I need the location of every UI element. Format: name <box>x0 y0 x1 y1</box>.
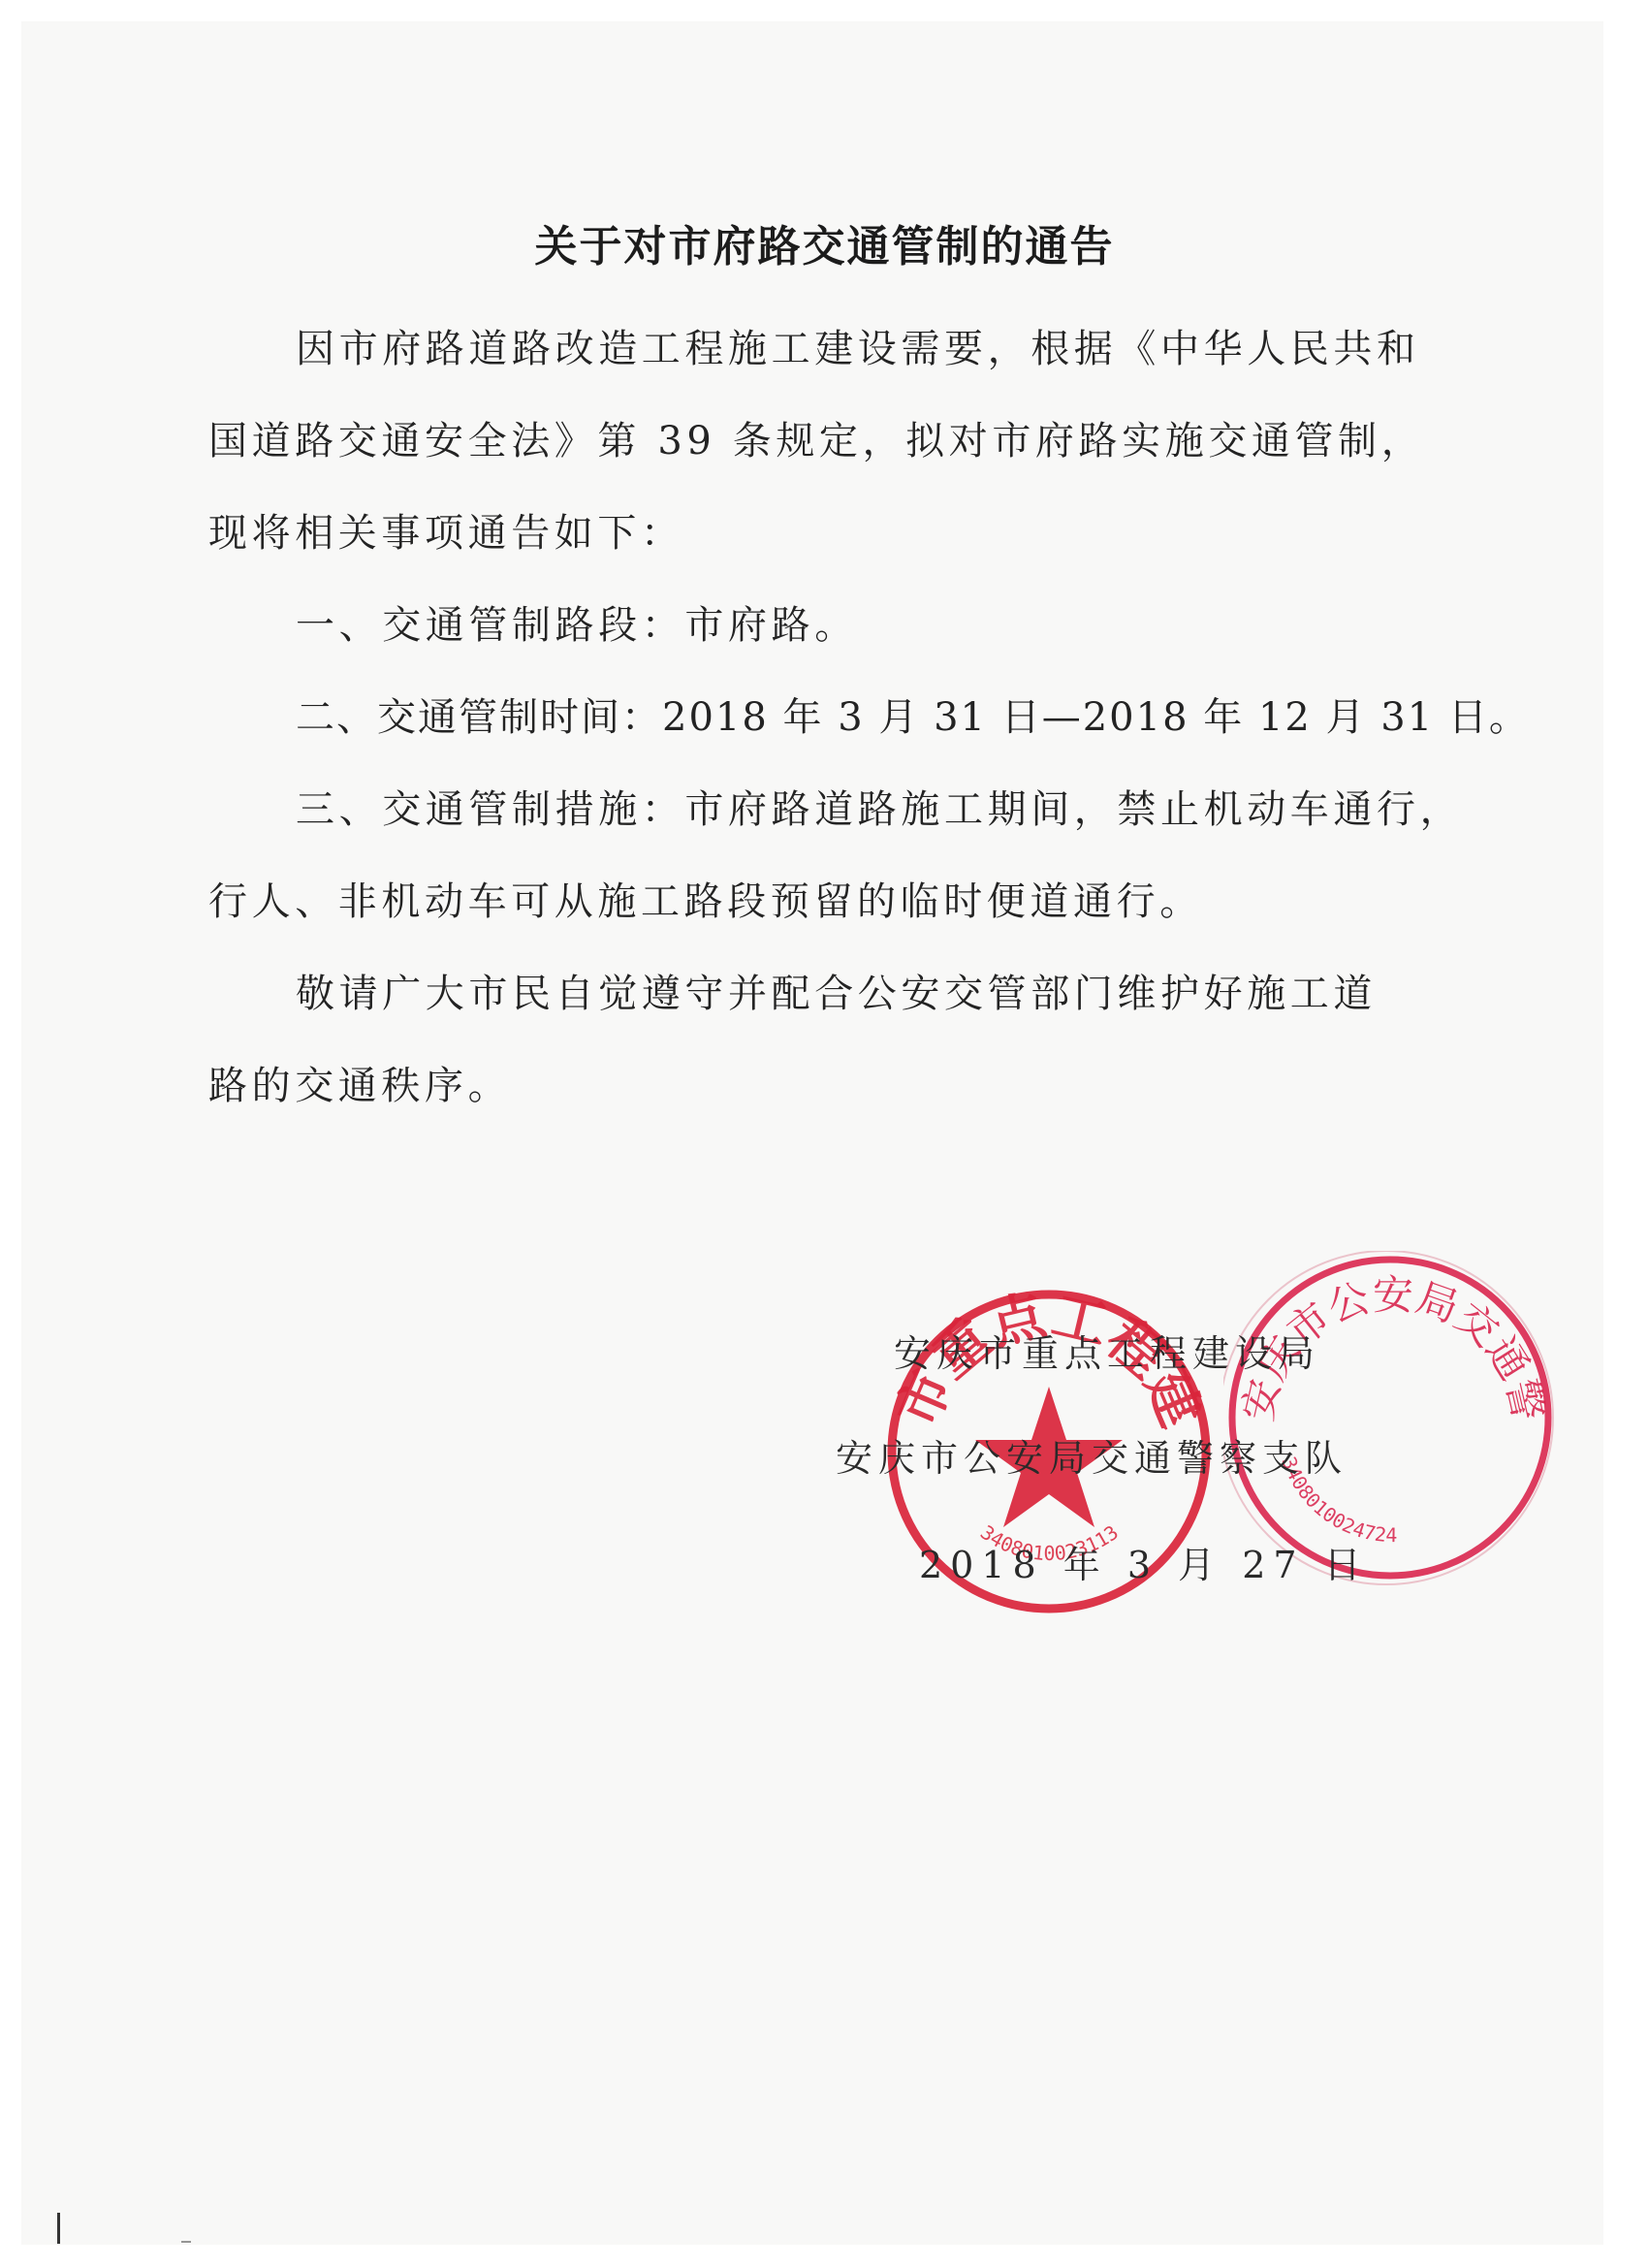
issuer-traffic-police: 安庆市公安局交通警察支队 <box>836 1435 1348 1482</box>
scan-artifact <box>57 2213 60 2244</box>
closing-paragraph-line-2: 路的交通秩序。 <box>208 1062 511 1110</box>
item-3-control-measures-line-1: 三、交通管制措施：市府路道路施工期间，禁止机动车通行， <box>296 785 1463 834</box>
paragraph-1-line-2: 国道路交通安全法》第 39 条规定，拟对市府路实施交通管制， <box>208 417 1424 465</box>
stamp-traffic-police: 安徽省安庆市公安局交通警察支队 3408010024724 <box>1223 1251 1558 1585</box>
paragraph-1-line-1: 因市府路道路改造工程施工建设需要，根据《中华人民共和 <box>296 325 1420 373</box>
issuer-construction-bureau: 安庆市重点工程建设局 <box>894 1330 1320 1377</box>
paragraph-1-line-3: 现将相关事项通告如下： <box>208 509 684 558</box>
closing-paragraph-line-1: 敬请广大市民自觉遵守并配合公安交管部门维护好施工道 <box>296 970 1377 1018</box>
item-2-control-time: 二、交通管制时间：2018 年 3 月 31 日—2018 年 12 月 31 … <box>296 693 1530 742</box>
issue-date: 2018 年 3 月 27 日 <box>919 1542 1369 1588</box>
item-3-control-measures-line-2: 行人、非机动车可从施工路段预留的临时便道通行。 <box>208 878 1203 926</box>
item-1-road-section: 一、交通管制路段：市府路。 <box>296 601 858 650</box>
scan-artifact <box>181 2241 191 2243</box>
document-title: 关于对市府路交通管制的通告 <box>0 211 1649 273</box>
